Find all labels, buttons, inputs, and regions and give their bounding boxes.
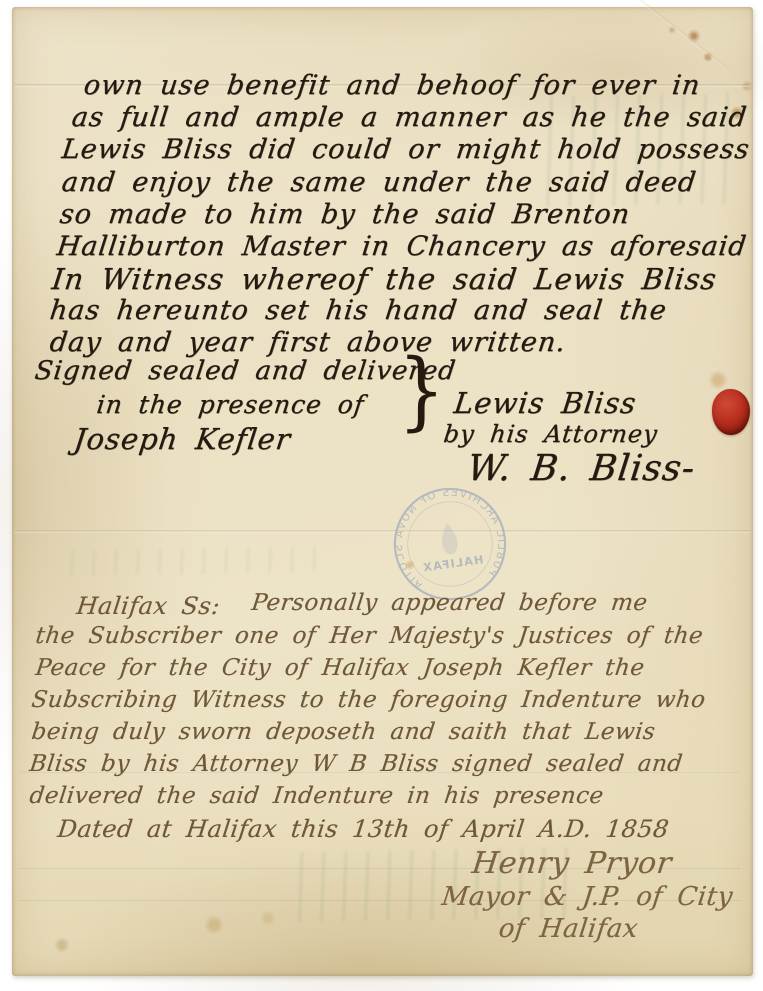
attestation-brace: } bbox=[398, 342, 445, 441]
affidavit-dateline: Dated at Halifax this 13th of April A.D.… bbox=[56, 815, 671, 843]
attestation-line: Signed sealed and delivered bbox=[33, 356, 458, 386]
handwritten-line: Lewis Bliss did could or might hold poss… bbox=[60, 134, 752, 165]
handwritten-line: as full and ample a manner as he the sai… bbox=[70, 102, 749, 133]
wax-seal bbox=[712, 389, 750, 435]
handwritten-line: In Witness whereof the said Lewis Bliss bbox=[50, 262, 719, 296]
affidavit-venue: Halifax Ss: bbox=[75, 592, 222, 620]
document-scan: own use benefit and behoof for ever in a… bbox=[0, 0, 763, 991]
attestation-line: in the presence of bbox=[95, 390, 366, 419]
witness-signature: Joseph Kefler bbox=[72, 422, 293, 456]
affidavit-line: the Subscriber one of Her Majesty's Just… bbox=[34, 623, 705, 649]
affidavit-line: being duly sworn deposeth and saith that… bbox=[30, 719, 657, 745]
stamp-emblem bbox=[439, 522, 459, 556]
affidavit-line: Peace for the City of Halifax Joseph Kef… bbox=[34, 655, 646, 681]
handwritten-line: so made to him by the said Brenton bbox=[58, 199, 632, 230]
affidavit-line: Personally appeared before me bbox=[250, 590, 649, 616]
attorney-line: by his Attorney bbox=[442, 420, 659, 448]
magistrate-title: of Halifax bbox=[497, 914, 640, 944]
handwritten-line: and enjoy the same under the said deed bbox=[60, 167, 698, 198]
handwritten-line: own use benefit and behoof for ever in bbox=[82, 70, 702, 101]
handwritten-line: day and year first above written. bbox=[48, 327, 568, 358]
handwritten-line: Halliburton Master in Chancery as afores… bbox=[55, 231, 749, 262]
affidavit-line: delivered the said Indenture in his pres… bbox=[28, 783, 605, 809]
magistrate-title: Mayor & J.P. of City bbox=[440, 882, 735, 912]
affidavit-line: Bliss by his Attorney W B Bliss signed s… bbox=[28, 751, 684, 777]
principal-name: Lewis Bliss bbox=[452, 386, 638, 420]
affidavit-line: Subscribing Witness to the foregoing Ind… bbox=[30, 687, 707, 713]
stamp-center-text: HALIFAX bbox=[421, 553, 484, 574]
handwritten-line: has hereunto set his hand and seal the bbox=[48, 295, 669, 326]
magistrate-signature: Henry Pryor bbox=[470, 846, 674, 881]
